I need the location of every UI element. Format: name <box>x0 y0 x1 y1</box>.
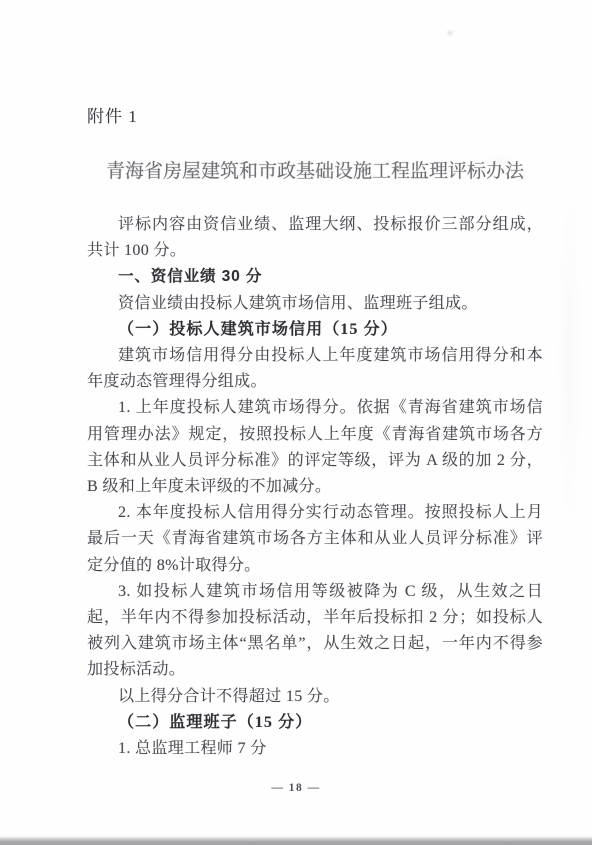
document-title: 青海省房屋建筑和市政基础设施工程监理评标办法 <box>87 156 543 187</box>
market-credit-composition-paragraph: 建筑市场信用得分由投标人上年度建筑市场信用得分和本年度动态管理得分组成。 <box>87 343 543 395</box>
section-heading-credit-performance: 一、资信业绩 30 分 <box>87 264 543 290</box>
attachment-label: 附件 1 <box>87 106 138 128</box>
document-body: 评标内容由资信业绩、监理大纲、投标报价三部分组成，共计 100 分。 一、资信业… <box>87 212 543 762</box>
scan-smudge-dot <box>447 31 453 35</box>
chief-supervision-engineer-paragraph: 1. 总监理工程师 7 分 <box>87 736 543 762</box>
intro-paragraph: 评标内容由资信业绩、监理大纲、投标报价三部分组成，共计 100 分。 <box>87 212 543 264</box>
scan-smudge-streak <box>556 180 582 540</box>
score-cap-paragraph: 以上得分合计不得超过 15 分。 <box>87 684 543 710</box>
scan-smudge-near-title <box>484 155 514 169</box>
item-2-dynamic-management-paragraph: 2. 本年度投标人信用得分实行动态管理。按照投标人上月最后一天《青海省建筑市场各… <box>87 500 543 579</box>
subsection-heading-market-credit: （一）投标人建筑市场信用（15 分） <box>87 317 543 343</box>
item-1-last-year-score-paragraph: 1. 上年度投标人建筑市场得分。依据《青海省建筑市场信用管理办法》规定，按照投标… <box>87 395 543 500</box>
scan-edge-shadow <box>0 836 592 845</box>
scanned-document-page: 附件 1 青海省房屋建筑和市政基础设施工程监理评标办法 评标内容由资信业绩、监理… <box>0 0 592 845</box>
page-number: — 18 — <box>0 782 592 794</box>
subsection-heading-supervision-team: （二）监理班子（15 分） <box>87 710 543 736</box>
item-3-downgrade-paragraph: 3. 如投标人建筑市场信用等级被降为 C 级，从生效之日起，半年内不得参加投标活… <box>87 579 543 684</box>
credit-composition-paragraph: 资信业绩由投标人建筑市场信用、监理班子组成。 <box>87 291 543 317</box>
